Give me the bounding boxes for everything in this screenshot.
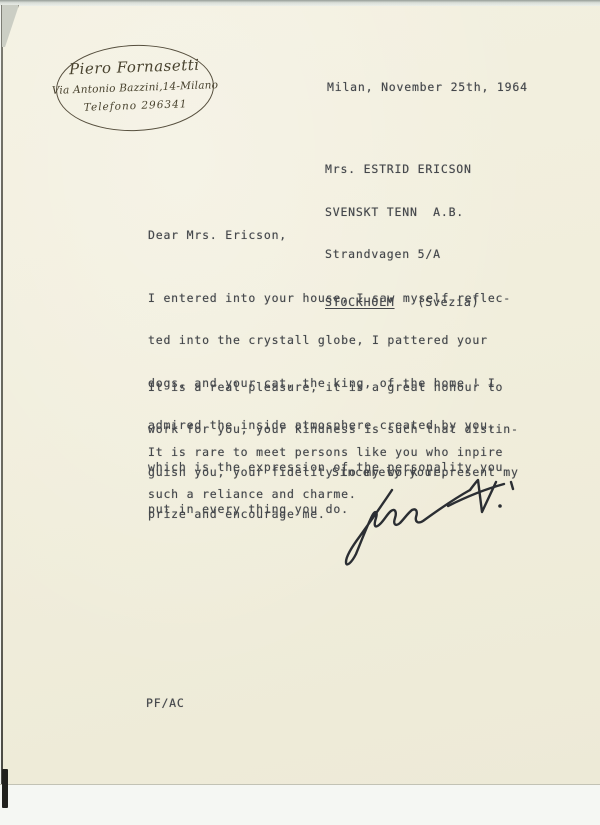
scanner-bottom-area: [0, 784, 600, 825]
letterhead-phone: Telefono 296341: [84, 98, 188, 114]
scanner-top-edge: [0, 0, 600, 6]
typist-reference: PF/AC: [146, 696, 185, 710]
scanner-artifact: [2, 769, 8, 808]
signature-scrawl-icon: [330, 478, 530, 578]
paragraph-line: It is a real pleasure, it is a great hon…: [148, 380, 519, 394]
paragraph-line: It is rare to meet persons like you who …: [148, 445, 503, 459]
closing: Sincerely your,: [332, 465, 448, 479]
salutation: Dear Mrs. Ericson,: [148, 228, 287, 242]
scanned-letter: Piero Fornasetti Via Antonio Bazzini,14-…: [0, 0, 600, 825]
recipient-company: SVENSKT TENN A.B.: [325, 205, 479, 220]
recipient-street: Strandvagen 5/A: [325, 247, 479, 262]
recipient-name: Mrs. ESTRID ERICSON: [325, 162, 479, 177]
letterhead-address: Via Antonio Bazzini,14-Milano: [52, 79, 219, 97]
paragraph-line: ted into the crystall globe, I pattered …: [148, 333, 511, 347]
scanner-left-edge: [1, 5, 3, 784]
paragraph-line: I entered into your house, I saw myself …: [148, 291, 511, 305]
letterhead-name: Piero Fornasetti: [69, 56, 200, 79]
date-line: Milan, November 25th, 1964: [327, 80, 528, 94]
